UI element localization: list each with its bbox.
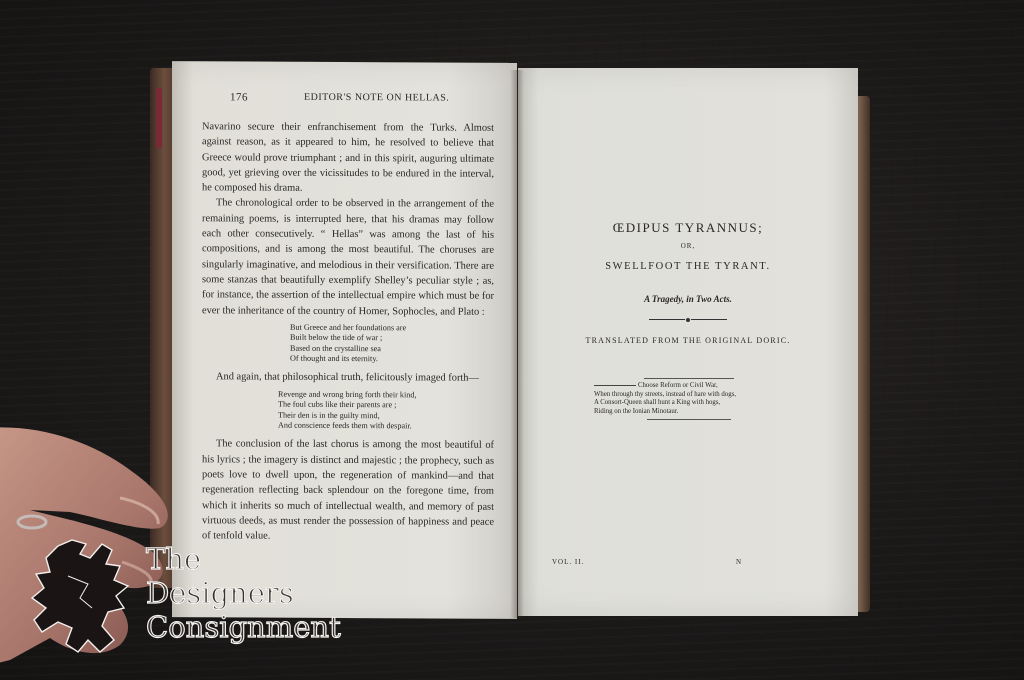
epigraph-line: When through thy streets, instead of har… xyxy=(594,391,784,400)
paragraph-3: And again, that philosophical truth, fel… xyxy=(202,370,494,387)
epigraph-rule-bottom xyxy=(647,419,731,420)
verse-line: Of thought and its eternity. xyxy=(290,354,494,365)
griffin-icon xyxy=(28,536,140,656)
left-page-text: Navarino secure their enfranchisement fr… xyxy=(202,119,494,545)
verse-line: The foul cubs like their parents are ; xyxy=(278,400,494,412)
book-gutter xyxy=(510,70,524,618)
watermark-text: The Designers Consignment xyxy=(146,542,341,644)
watermark-line-1: The xyxy=(146,542,341,576)
verse-line: And conscience feeds them with despair. xyxy=(278,421,494,433)
paragraph-1: Navarino secure their enfranchisement fr… xyxy=(202,119,494,197)
signature-letter: N xyxy=(736,558,742,566)
epigraph-line: A Consort-Queen shall hunt a King with h… xyxy=(594,399,784,408)
epigraph: Choose Reform or Civil War, When through… xyxy=(594,378,784,420)
watermark-line-3: Consignment xyxy=(146,610,341,644)
signature-mark: VOL. II. N xyxy=(552,558,812,566)
epigraph-line: Riding on the Ionian Minotaur. xyxy=(594,408,784,417)
paragraph-2: The chronological order to be observed i… xyxy=(202,196,494,320)
verse-line: Built below the tide of war ; xyxy=(290,333,494,344)
watermark: The Designers Consignment xyxy=(28,536,348,656)
ornament-rule-icon xyxy=(518,314,858,324)
epigraph-line: Choose Reform or Civil War, xyxy=(594,382,784,391)
right-page: ŒDIPUS TYRANNUS; OR, SWELLFOOT THE TYRAN… xyxy=(518,68,858,616)
verse-quote-1: But Greece and her foundations are Built… xyxy=(202,322,494,365)
title-page-title: ŒDIPUS TYRANNUS; xyxy=(518,220,858,236)
verse-quote-2: Revenge and wrong bring forth their kind… xyxy=(202,389,494,432)
running-head: 176 EDITOR'S NOTE ON HELLAS. xyxy=(230,91,500,104)
title-page-translated: TRANSLATED FROM THE ORIGINAL DORIC. xyxy=(518,336,858,345)
epigraph-rule-top xyxy=(644,378,734,379)
title-page-genre: A Tragedy, in Two Acts. xyxy=(518,294,858,304)
volume-label: VOL. II. xyxy=(552,558,584,566)
title-page-or: OR, xyxy=(518,242,858,250)
title-page-subtitle: SWELLFOOT THE TYRANT. xyxy=(518,261,858,272)
paragraph-4: The conclusion of the last chorus is amo… xyxy=(202,437,494,546)
watermark-line-2: Designers xyxy=(146,576,341,610)
running-head-title: EDITOR'S NOTE ON HELLAS. xyxy=(304,92,449,105)
photo-scene: 176 EDITOR'S NOTE ON HELLAS. Navarino se… xyxy=(0,0,1024,680)
page-number: 176 xyxy=(230,91,248,103)
